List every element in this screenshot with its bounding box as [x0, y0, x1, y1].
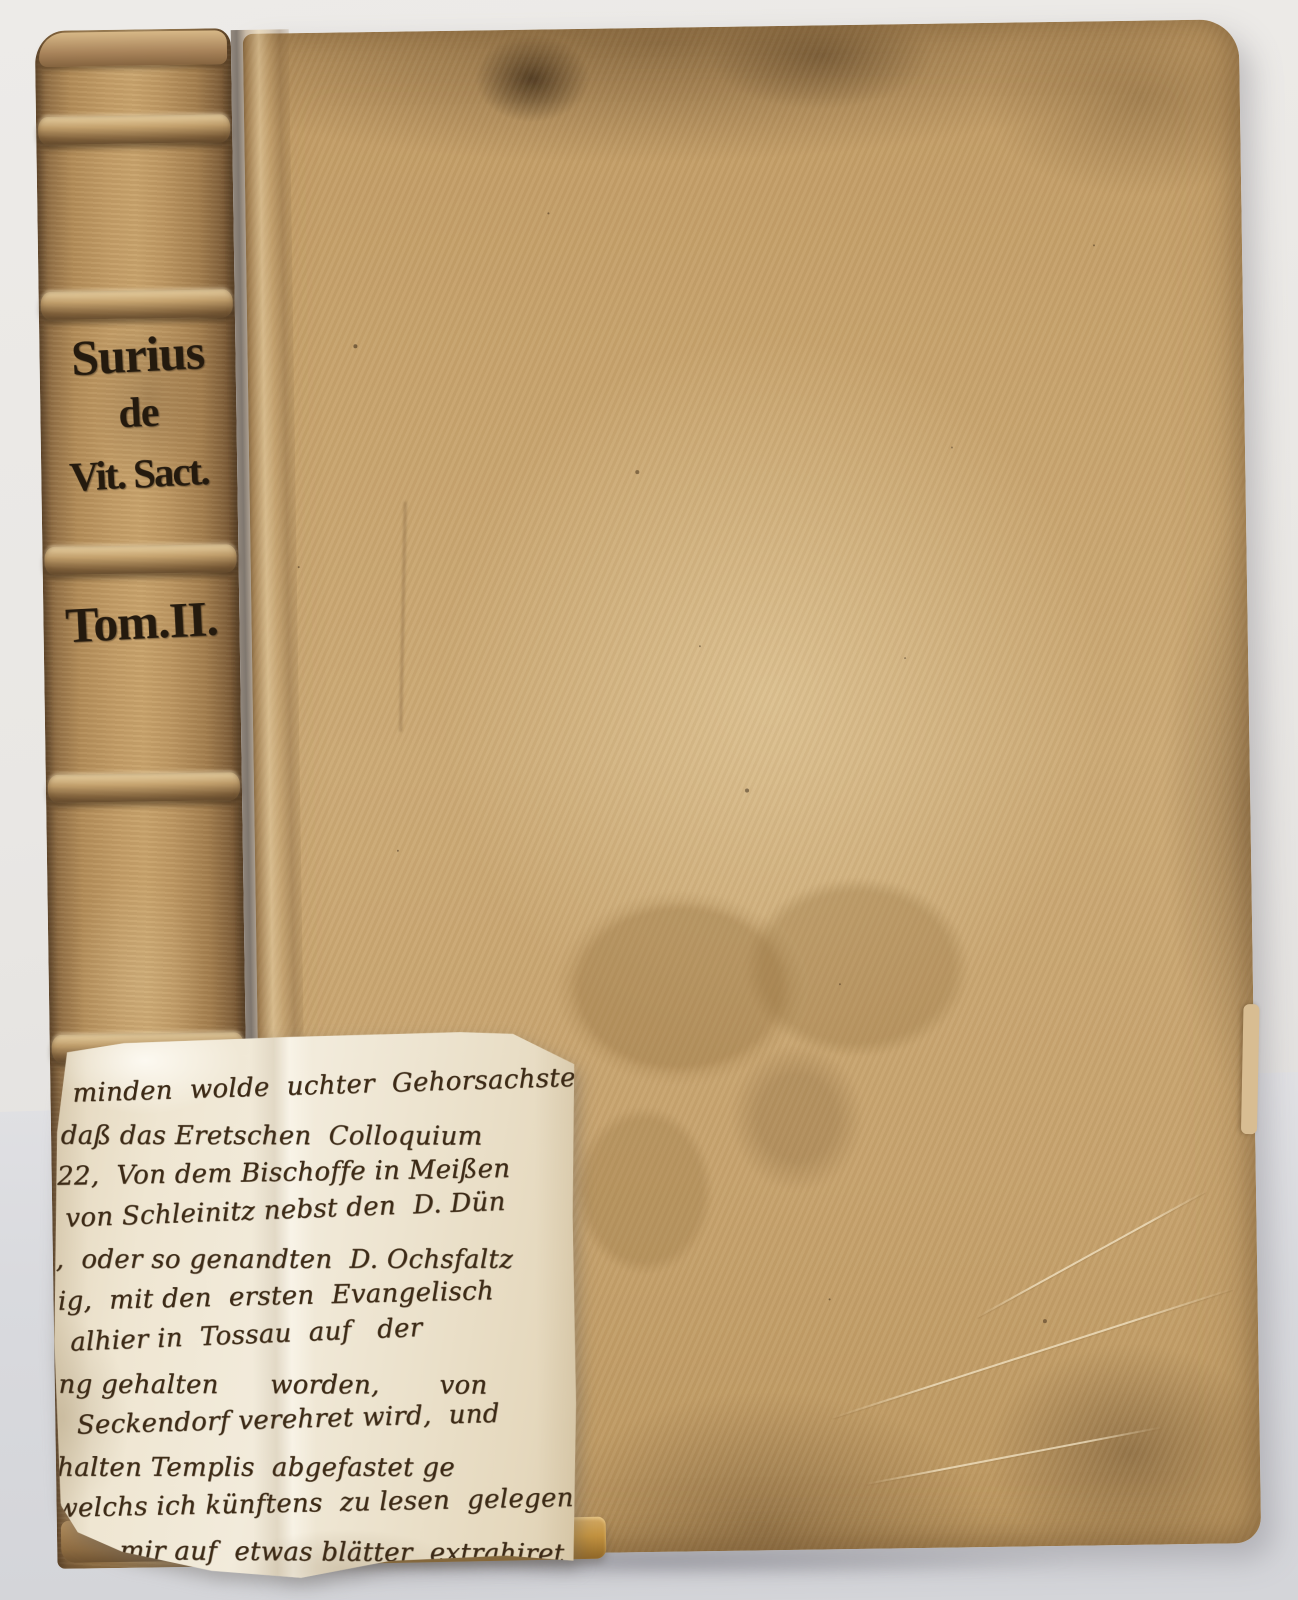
spine-raised-band [48, 772, 240, 803]
cover-stain [505, 851, 991, 1298]
note-line: die mir auf etwas blätter extrahiret . [70, 1530, 574, 1575]
manuscript-note: minden wolde uchter Gehorsachste daß das… [50, 1030, 580, 1582]
spine-title-de: de [39, 385, 237, 443]
spine-headcap [39, 30, 227, 67]
note-line: minden wolde uchter Gehorsachste [72, 1058, 571, 1115]
cover-crease [977, 1191, 1206, 1318]
cover-edge-flap [1241, 1004, 1260, 1134]
spine-raised-band [38, 114, 230, 145]
photo-scene: Surius de Vit. Sact. Tom.II. minden wold… [0, 0, 1298, 1600]
spine-raised-band [41, 289, 233, 320]
spine-volume-label: Tom.II. [42, 588, 241, 656]
spine-raised-band [44, 544, 236, 575]
cover-crease [866, 1426, 1161, 1484]
spine-title-author: Surius [38, 321, 237, 389]
spine-title-work: Vit. Sact. [23, 444, 256, 503]
note-text: minden wolde uchter Gehorsachste daß das… [58, 1070, 573, 1572]
note-paper: minden wolde uchter Gehorsachste daß das… [50, 1030, 580, 1582]
cover-crease [832, 1288, 1232, 1419]
cover-scratch [399, 502, 407, 732]
